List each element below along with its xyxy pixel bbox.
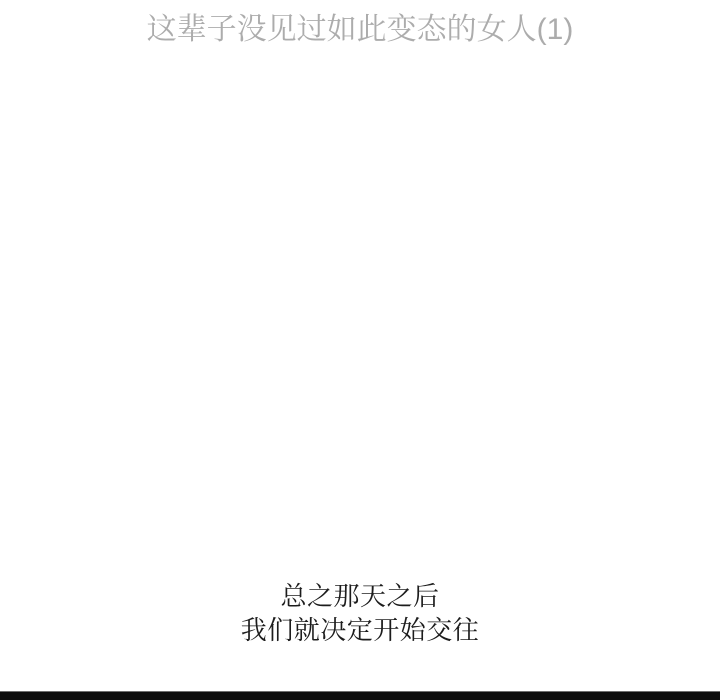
comic-page: 这辈子没见过如此变态的女人(1) 总之那天之后 我们就决定开始交往 (0, 0, 720, 700)
narration-text: 总之那天之后 我们就决定开始交往 (0, 579, 720, 647)
next-panel-top-edge (0, 691, 720, 700)
narration-line-1: 总之那天之后 (0, 579, 720, 613)
narration-line-2: 我们就决定开始交往 (0, 613, 720, 647)
chapter-title: 这辈子没见过如此变态的女人(1) (0, 12, 720, 48)
